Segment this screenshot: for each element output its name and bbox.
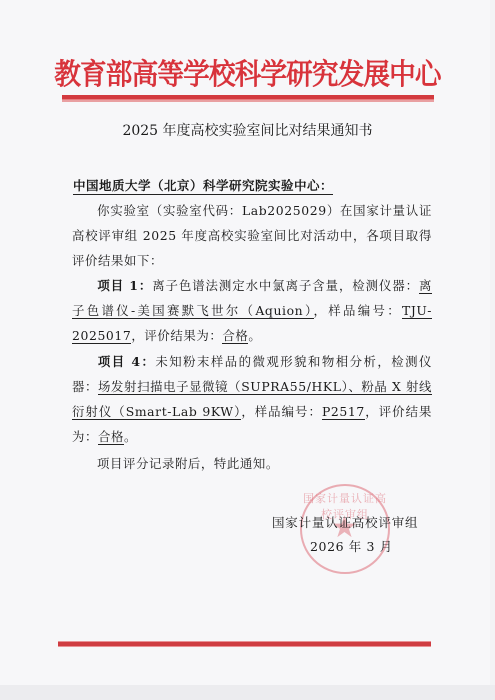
lab-code: Lab2025029: [242, 203, 327, 218]
intro-text-1: 你实验室（实验室代码：: [97, 203, 242, 218]
item-1-result-label: ，评价结果为：: [131, 328, 222, 343]
document-page: 教育部高等学校科学研究发展中心 2025 年度高校实验室间比对结果通知书 中国地…: [0, 0, 490, 700]
intro-paragraph: 你实验室（实验室代码：Lab2025029）在国家计量认证高校评审组 2025 …: [72, 198, 432, 273]
item-4-sample-label: ，样品编号：: [241, 404, 322, 419]
letterhead-red-rule: [62, 95, 434, 100]
item-1-paragraph: 项目 1：离子色谱法测定水中氯离子含量，检测仪器：离子色谱仪-美国赛默飞世尔（A…: [72, 273, 432, 348]
item-1-label: 项目 1：: [97, 278, 152, 293]
page-edge: [0, 685, 495, 700]
item-4-label: 项目 4：: [97, 354, 155, 369]
addressee: 中国地质大学（北京）科学研究院实验中心：: [73, 176, 333, 195]
footer-red-rule: [58, 641, 431, 647]
item-4-sample-no: P2517: [322, 404, 365, 420]
closing-text: 项目评分记录附后，特此通知。: [97, 456, 279, 471]
letterhead-title: 教育部高等学校科学研究发展中心: [20, 52, 475, 93]
signature-organization: 国家计量认证高校评审组: [272, 513, 418, 531]
item-4-paragraph: 项目 4：未知粉末样品的微观形貌和物相分析，检测仪器：场发射扫描电子显微镜（SU…: [72, 349, 432, 449]
item-1-result: 合格: [222, 328, 248, 344]
item-4-result: 合格: [98, 429, 124, 445]
item-1-sample-label: ，样品编号：: [314, 303, 402, 318]
closing-paragraph: 项目评分记录附后，特此通知。: [72, 451, 432, 476]
signature-date: 2026 年 3 月: [310, 537, 393, 555]
item-4-end: 。: [124, 429, 137, 444]
item-1-end: 。: [248, 328, 261, 343]
item-1-description: 离子色谱法测定水中氯离子含量，检测仪器：: [152, 278, 419, 293]
document-title: 2025 年度高校实验室间比对结果通知书: [0, 120, 495, 140]
